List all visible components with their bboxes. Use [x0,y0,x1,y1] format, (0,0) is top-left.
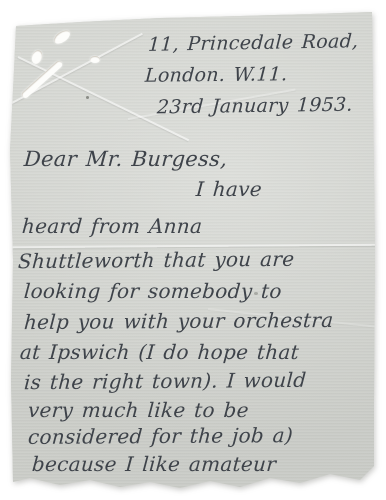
body-line: considered for the job a) [27,423,294,449]
address-line-1: 11, Princedale Road, [147,30,359,56]
body-line: heard from Anna [21,214,203,238]
photo-background: 11, Princedale Road, London. W.11. 23rd … [0,0,386,500]
body-line: help you with your orchestra [23,308,334,334]
body-line: I have [195,177,263,201]
body-line: at Ipswich (I do hope that [19,340,300,364]
paper-speck [86,96,89,99]
paper-damage-streak [20,60,63,100]
paper-damage-spot [52,28,72,47]
body-line: Shuttleworth that you are [17,247,295,273]
paper-damage-spot [90,56,100,63]
date-line: 23rd January 1953. [156,94,353,119]
body-line: because I like amateur [31,452,277,476]
body-line: is the right town). I would [23,368,307,394]
body-line: looking for somebody to [23,279,282,303]
diagonal-crease [10,33,143,105]
paper-damage-spot [30,49,44,66]
salutation: Dear Mr. Burgess, [23,147,228,171]
address-line-2: London. W.11. [144,63,288,87]
body-line: very much like to be [27,398,250,422]
